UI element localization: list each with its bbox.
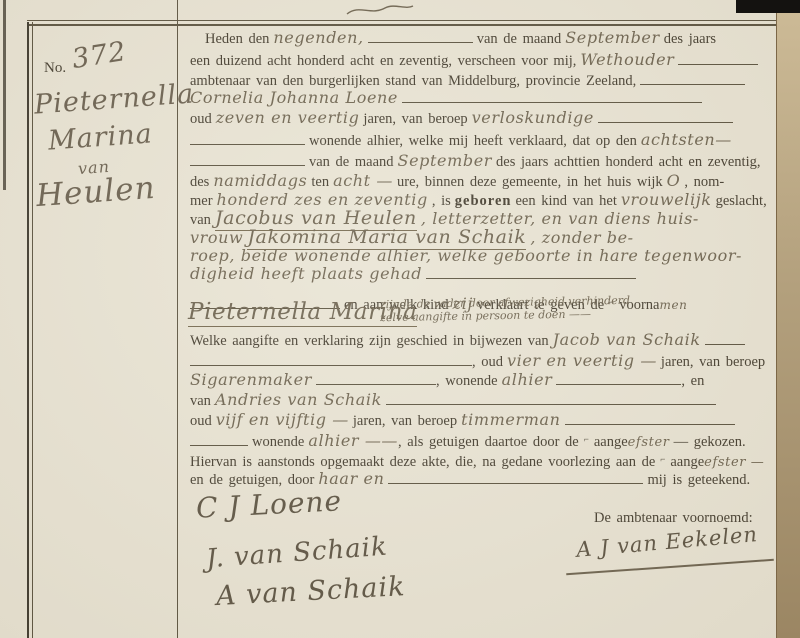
handwritten-witness2-age: vijf en vijftig — (216, 410, 349, 429)
body-line-16: Welke aangifte en verklaring zijn geschi… (190, 330, 745, 351)
body-line-6: wonende alhier, welke mij heeft verklaar… (190, 130, 732, 151)
printed-text: Welke aangifte en verklaring zijn geschi… (190, 333, 549, 349)
printed-text: mer (190, 193, 213, 209)
left-rule-inner (32, 22, 33, 638)
stray-ink-flourish (345, 2, 415, 18)
handwritten-age: zeven en veertig (216, 108, 360, 127)
handwritten-text: digheid heeft plaats gehad (190, 264, 422, 283)
body-line-8: des namiddags ten acht — ure, binnen dez… (190, 171, 724, 192)
handwritten-witness2-name: Andries van Schaik (215, 390, 382, 409)
blank-fill-rule (598, 111, 733, 123)
child-name-margin-2: Marina (47, 118, 154, 156)
blank-fill-rule (388, 472, 643, 484)
blank-fill-rule (426, 267, 636, 279)
printed-text: van de maand (309, 154, 394, 170)
handwritten-witness2-occupation: timmerman (461, 410, 560, 429)
printed-text: wonende alhier, welke mij heeft verklaar… (309, 133, 637, 149)
handwritten-day: negenden, (273, 28, 363, 47)
printed-text: , en (681, 373, 704, 389)
left-rule-outer (27, 22, 29, 638)
witness1-signature: C J Loene (195, 484, 343, 525)
blank-fill-rule (190, 434, 248, 446)
printed-text: jaren, van beroep (661, 354, 765, 370)
printed-text: wonende (252, 434, 304, 450)
insertion-note-line-2: zelve aangifte in persoon te doen —— (380, 307, 630, 324)
body-line-5: oud zeven en veertig jaren, van beroep v… (190, 108, 733, 129)
insertion-caret-mark: ⌐ (584, 434, 589, 444)
insertion-caret-mark: ⌐ (660, 454, 665, 464)
blank-fill-rule (190, 133, 305, 145)
handwritten-witness1-name: Jacob van Schaik (553, 330, 701, 349)
printed-text: Heden den (205, 31, 269, 47)
printed-text: , als getuigen daartoe door de (398, 434, 579, 450)
printed-text: ambtenaar van den burgerlijken stand van… (190, 73, 636, 89)
handwritten-text: , zonder be- (530, 228, 633, 247)
blank-fill-rule (678, 53, 758, 65)
handwritten-witness1-occupation: Sigarenmaker (190, 370, 312, 389)
printed-text: , oud (472, 354, 503, 370)
witness2-signature: J. van Schaik (205, 532, 388, 575)
blank-fill-rule (190, 154, 305, 166)
printed-text: geslacht, (716, 193, 767, 209)
printed-text: ure, binnen deze gemeente, in het huis w… (397, 174, 663, 190)
handwritten-birth-day: achtsten— (641, 130, 732, 149)
handwritten-declarant-name: Cornelia Johanna Loene (190, 88, 398, 107)
printed-text: jaren, van beroep (363, 111, 467, 127)
printed-text: een kind van het (515, 193, 616, 209)
handwritten-child-given-names: Pieternella Marina (188, 299, 417, 327)
handwritten-text: vrouw (190, 228, 243, 247)
top-rule-upper (27, 20, 776, 21)
printed-text: van (190, 393, 211, 409)
handwritten-residence: alhier (502, 370, 553, 389)
blank-fill-rule (556, 373, 681, 385)
body-line-4: Cornelia Johanna Loene (190, 88, 702, 109)
printed-text: van (190, 212, 211, 228)
handwritten-hour: acht — (333, 171, 393, 190)
act-number-label: No. (44, 60, 66, 77)
official-signature: A J van Eekelen (575, 522, 759, 562)
blank-fill-rule (368, 31, 473, 43)
handwritten-daypart: namiddags (213, 171, 307, 190)
child-name-margin-1: Pieternella (33, 78, 195, 120)
printed-text: oud (190, 111, 212, 127)
blank-fill-rule (190, 354, 472, 366)
printed-text: — gekozen. (674, 434, 746, 450)
printed-text: aange (594, 434, 628, 450)
printed-text: een duizend acht honderd acht en zeventi… (190, 53, 576, 69)
act-number-value: 372 (70, 36, 129, 75)
blank-fill-rule (705, 333, 745, 345)
handwritten-text: roep, beide wonende alhier, welke geboor… (190, 246, 742, 265)
handwritten-sex: vrouwelijk (621, 190, 712, 209)
signature-flourish (566, 559, 774, 575)
printed-text: ten (311, 174, 329, 190)
body-line-18: Sigarenmaker , wonende alhier , en (190, 370, 704, 391)
printed-text: des jaars (664, 31, 716, 47)
body-line-19: van Andries van Schaik (190, 390, 716, 411)
scan-artifact-left-smudge (3, 0, 6, 190)
blank-fill-rule (386, 393, 716, 405)
handwritten-witness1-age: vier en veertig — (507, 351, 657, 370)
body-line-2: een duizend acht honderd acht en zeventi… (190, 50, 758, 71)
blank-fill-rule (316, 373, 436, 385)
scan-artifact-corner (736, 0, 800, 13)
printed-text: , nom- (684, 174, 724, 190)
body-line-13: digheid heeft plaats gehad (190, 264, 636, 285)
body-line-17: , oud vier en veertig — jaren, van beroe… (190, 351, 765, 372)
printed-text: , wonende (436, 373, 498, 389)
printed-text: mij is geteekend. (647, 472, 750, 488)
handwritten-occupation: verloskundige (472, 108, 594, 127)
printed-text: des (190, 174, 209, 190)
handwritten-suffix: men (659, 298, 687, 312)
printed-text: aange (670, 454, 704, 470)
handwritten-residence: alhier —— (308, 431, 398, 450)
body-line-7: van de maand September des jaars achttie… (190, 151, 760, 172)
printed-text: oud (190, 413, 212, 429)
birth-certificate-scan: No. 372 Pieternella Marina van Heulen He… (0, 0, 800, 638)
handwritten-official-title: Wethouder (580, 50, 674, 69)
body-line-20: oud vijf en vijftig — jaren, van beroep … (190, 410, 735, 431)
child-name-margin-4: Heulen (35, 170, 157, 214)
printed-geboren-bold: geboren (455, 193, 512, 209)
printed-text: jaren, van beroep (353, 413, 457, 429)
body-line-1: Heden den negenden, van de maand Septemb… (205, 28, 716, 49)
handwritten-suffix: efster (628, 435, 670, 450)
handwritten-district: O (667, 171, 681, 190)
blank-fill-rule (640, 73, 745, 85)
handwritten-month: September (565, 28, 660, 47)
printed-text: Hiervan is aanstonds opgemaakt deze akte… (190, 454, 655, 470)
handwritten-suffix: efster — (704, 455, 764, 470)
printed-text: van de maand (477, 31, 562, 47)
printed-text: , is (432, 193, 451, 209)
handwritten-birth-month: September (398, 151, 493, 170)
blank-fill-rule (402, 91, 702, 103)
page-edge-strip (776, 0, 800, 638)
body-line-15: Pieternella Marina (188, 302, 417, 325)
printed-text: des jaars achttien honderd acht en zeven… (496, 154, 760, 170)
top-rule-lower (27, 24, 776, 26)
witness3-signature: A van Schaik (215, 571, 406, 612)
blank-fill-rule (565, 413, 735, 425)
